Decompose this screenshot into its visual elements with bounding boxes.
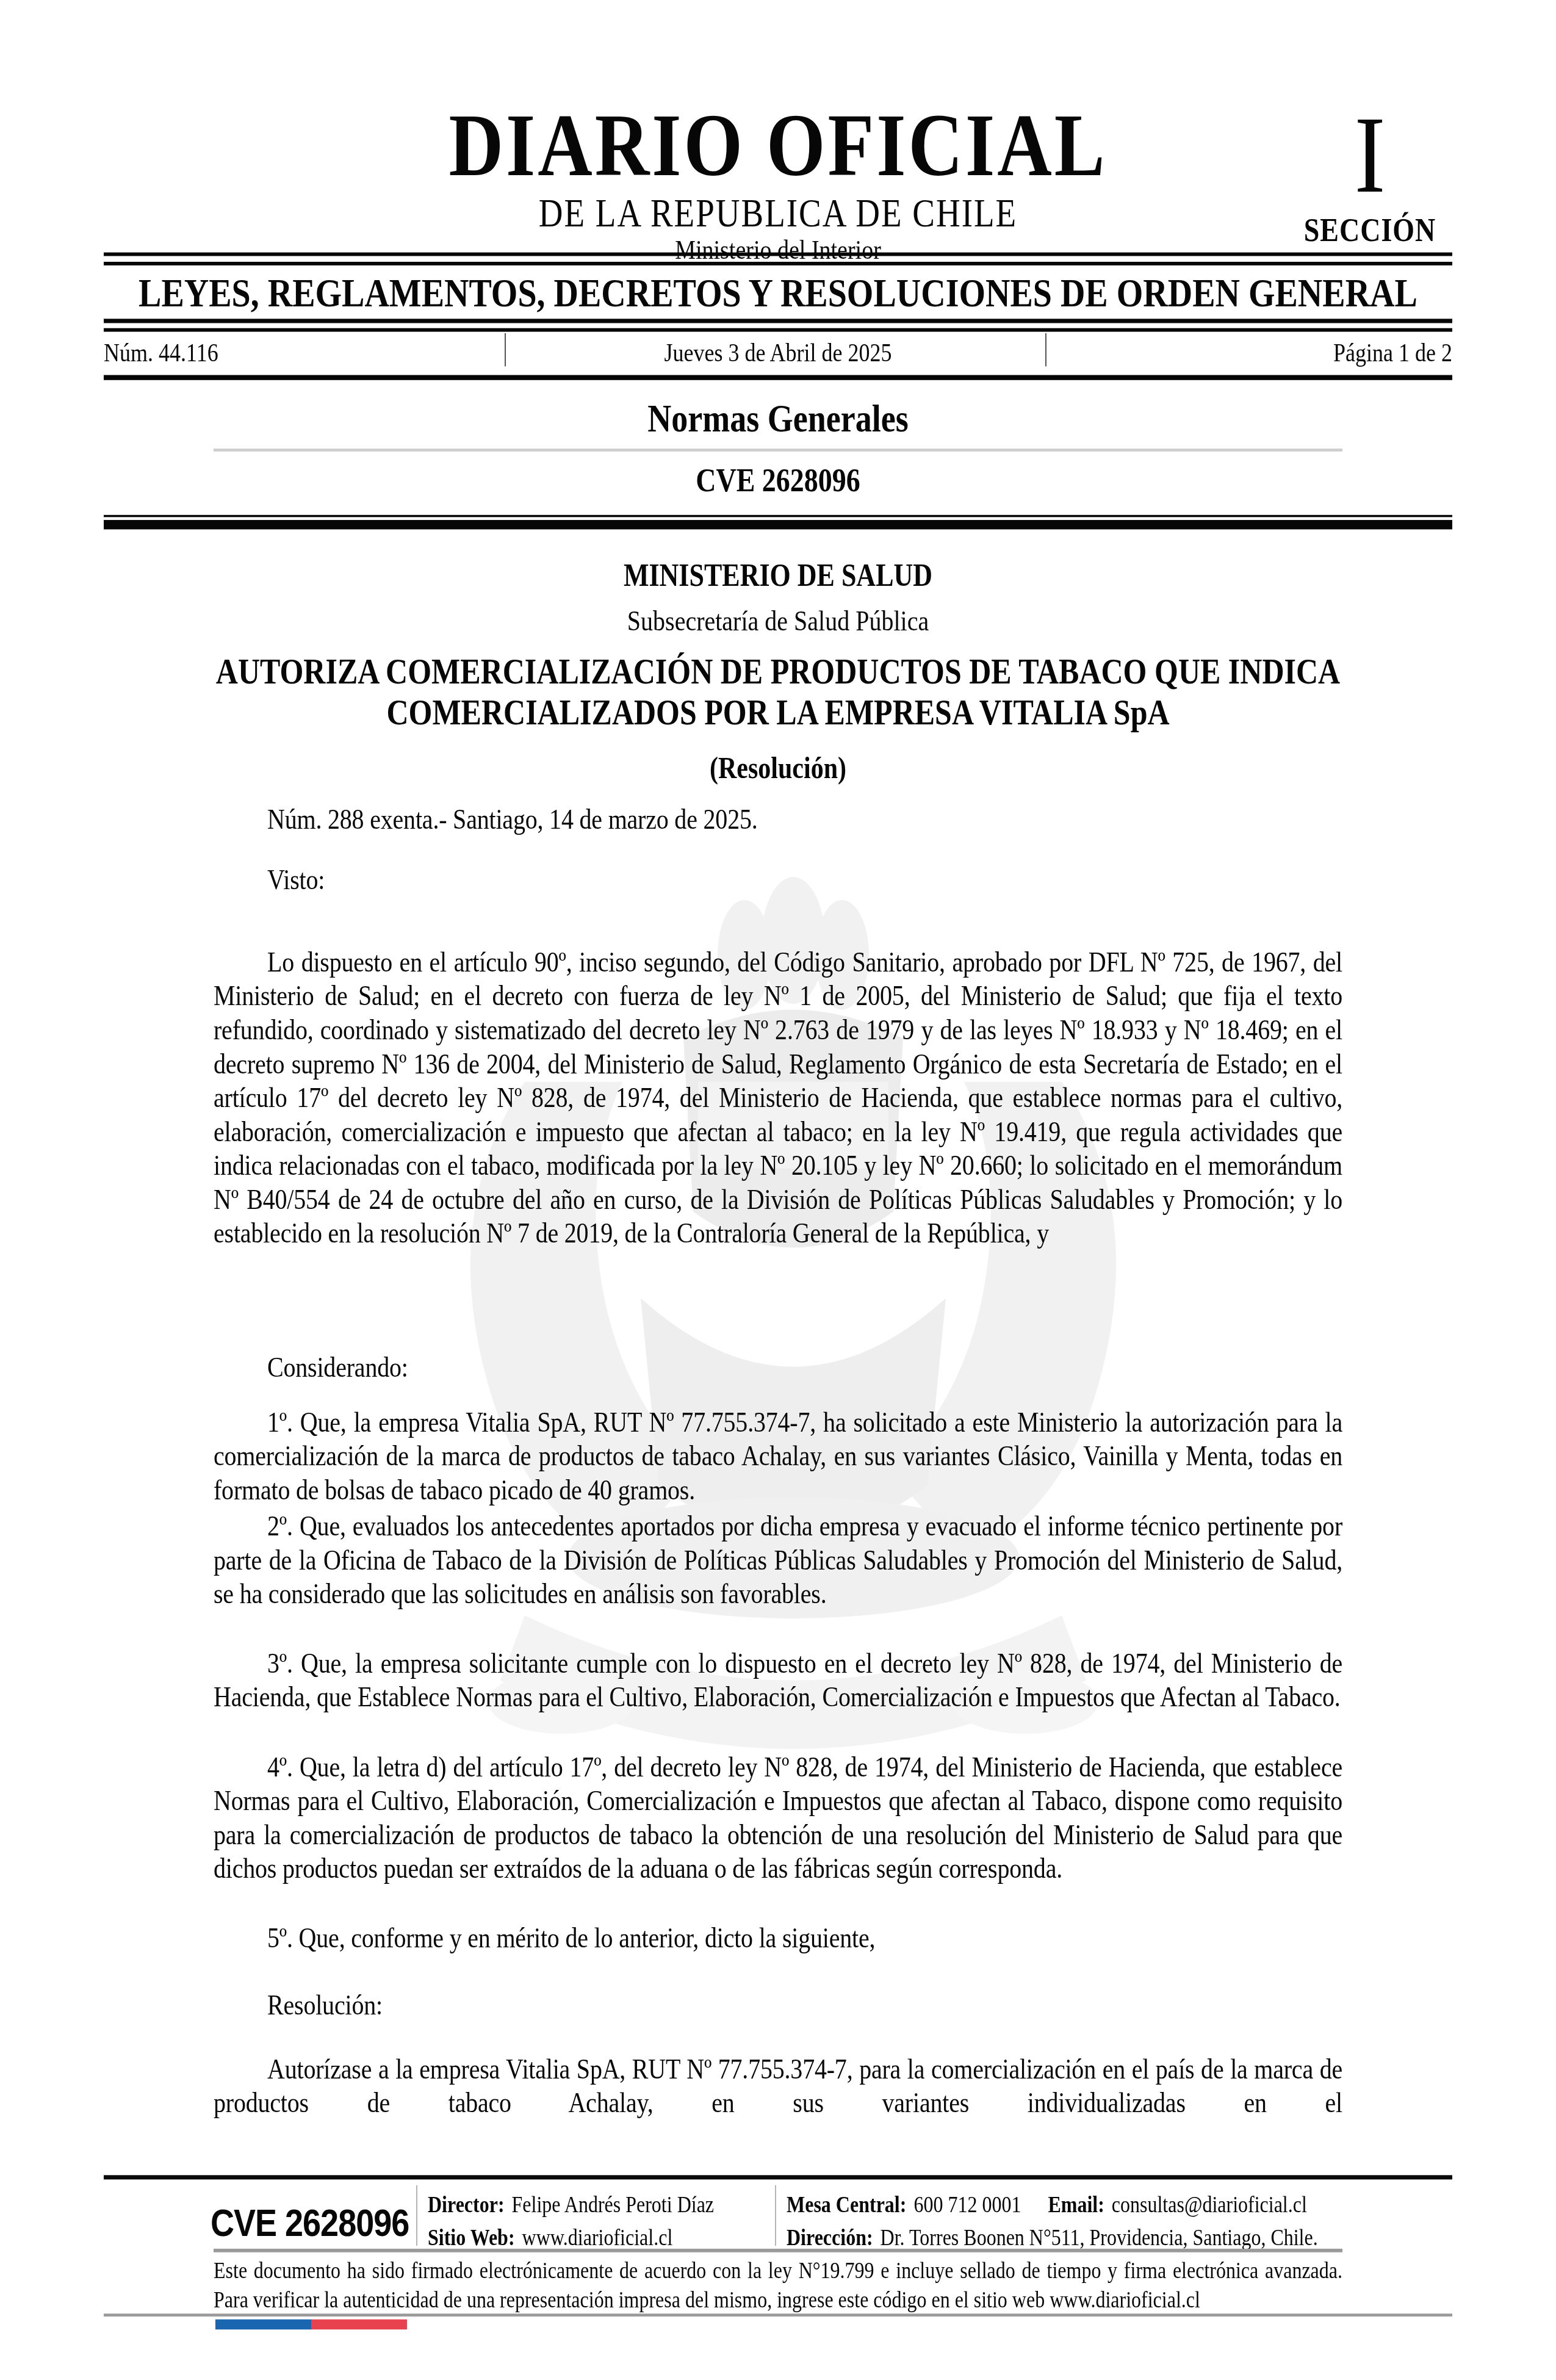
resolution-number-line: Núm. 288 exenta.- Santiago, 14 de marzo …	[214, 802, 1342, 836]
separator-rule	[104, 515, 1452, 517]
footer-divider	[416, 2185, 417, 2246]
footer-website-line: Sitio Web:www.diarioficial.cl	[428, 2223, 672, 2251]
director-label: Director:	[428, 2191, 505, 2217]
column-divider	[1045, 333, 1046, 366]
considerando-5: 5º. Que, conforme y en mérito de lo ante…	[214, 1920, 1342, 1955]
category-heading: Normas Generales	[0, 397, 1556, 440]
flag-red-segment	[311, 2320, 407, 2330]
resolve-paragraph: Autorízase a la empresa Vitalia SpA, RUT…	[214, 2052, 1342, 2119]
footer-address-line: Dirección:Dr. Torres Boonen N°511, Provi…	[787, 2223, 1318, 2251]
header-rule	[104, 328, 1452, 332]
footer-director-line: Director:Felipe Andrés Peroti Díaz	[428, 2190, 714, 2218]
doc-type-heading: (Resolución)	[0, 751, 1556, 786]
laws-banner: LEYES, REGLAMENTOS, DECRETOS Y RESOLUCIO…	[0, 273, 1556, 315]
considerando-4: 4º. Que, la letra d) del artículo 17º, d…	[214, 1750, 1342, 1885]
address-value: Dr. Torres Boonen N°511, Providencia, Sa…	[881, 2224, 1318, 2251]
gazette-page: DIARIO OFICIAL DE LA REPUBLICA DE CHILE …	[0, 0, 1556, 2380]
ministry-heading: MINISTERIO DE SALUD	[0, 558, 1556, 594]
email-value: consultas@diarioficial.cl	[1112, 2191, 1307, 2217]
footer-contact-line: Mesa Central:600 712 0001Email:consultas…	[787, 2190, 1307, 2218]
visto-label: Visto:	[214, 862, 1342, 896]
signature-disclaimer: Este documento ha sido firmado electróni…	[214, 2256, 1342, 2314]
cve-heading: CVE 2628096	[0, 461, 1556, 499]
resolution-title-line1: AUTORIZA COMERCIALIZACIÓN DE PRODUCTOS D…	[0, 651, 1556, 691]
footer-top-rule	[104, 2175, 1452, 2179]
separator-bar	[104, 520, 1452, 529]
considerando-3: 3º. Que, la empresa solicitante cumple c…	[214, 1646, 1342, 1714]
issue-date: Jueves 3 de Abril de 2025	[104, 337, 1452, 368]
header-rule	[104, 253, 1452, 256]
resolution-title-line2: COMERCIALIZADOS POR LA EMPRESA VITALIA S…	[0, 691, 1556, 732]
column-divider	[505, 333, 506, 366]
disclaimer-top-rule	[214, 2249, 1342, 2252]
address-label: Dirección:	[787, 2224, 873, 2251]
subsecretary-heading: Subsecretaría de Salud Pública	[0, 604, 1556, 637]
flag-blue-segment	[215, 2320, 311, 2330]
phone-value: 600 712 0001	[913, 2191, 1021, 2217]
considerando-1: 1º. Que, la empresa Vitalia SpA, RUT Nº …	[214, 1405, 1342, 1507]
section-label: SECCIÓN	[1288, 212, 1452, 248]
footer-divider	[775, 2185, 776, 2246]
phone-label: Mesa Central:	[787, 2191, 906, 2217]
website-value: www.diarioficial.cl	[522, 2224, 673, 2251]
visto-paragraph: Lo dispuesto en el artículo 90º, inciso …	[214, 945, 1342, 1250]
website-label: Sitio Web:	[428, 2224, 515, 2251]
considerando-label: Considerando:	[214, 1350, 1342, 1384]
disclaimer-bottom-rule	[104, 2313, 1452, 2317]
section-numeral: I	[1288, 98, 1452, 212]
page-indicator: Página 1 de 2	[1333, 337, 1452, 368]
considerando-2: 2º. Que, evaluados los antecedentes apor…	[214, 1509, 1342, 1610]
category-rule	[214, 449, 1342, 452]
header-rule	[104, 262, 1452, 265]
chile-flag-bar	[215, 2320, 407, 2330]
header-rule	[104, 319, 1452, 323]
footer-cve: CVE 2628096	[211, 2188, 409, 2257]
resolucion-label: Resolución:	[214, 1988, 1342, 2022]
director-value: Felipe Andrés Peroti Díaz	[512, 2191, 714, 2217]
section-block: I SECCIÓN	[1288, 98, 1452, 248]
header-rule	[104, 375, 1452, 380]
email-label: Email:	[1048, 2191, 1104, 2217]
